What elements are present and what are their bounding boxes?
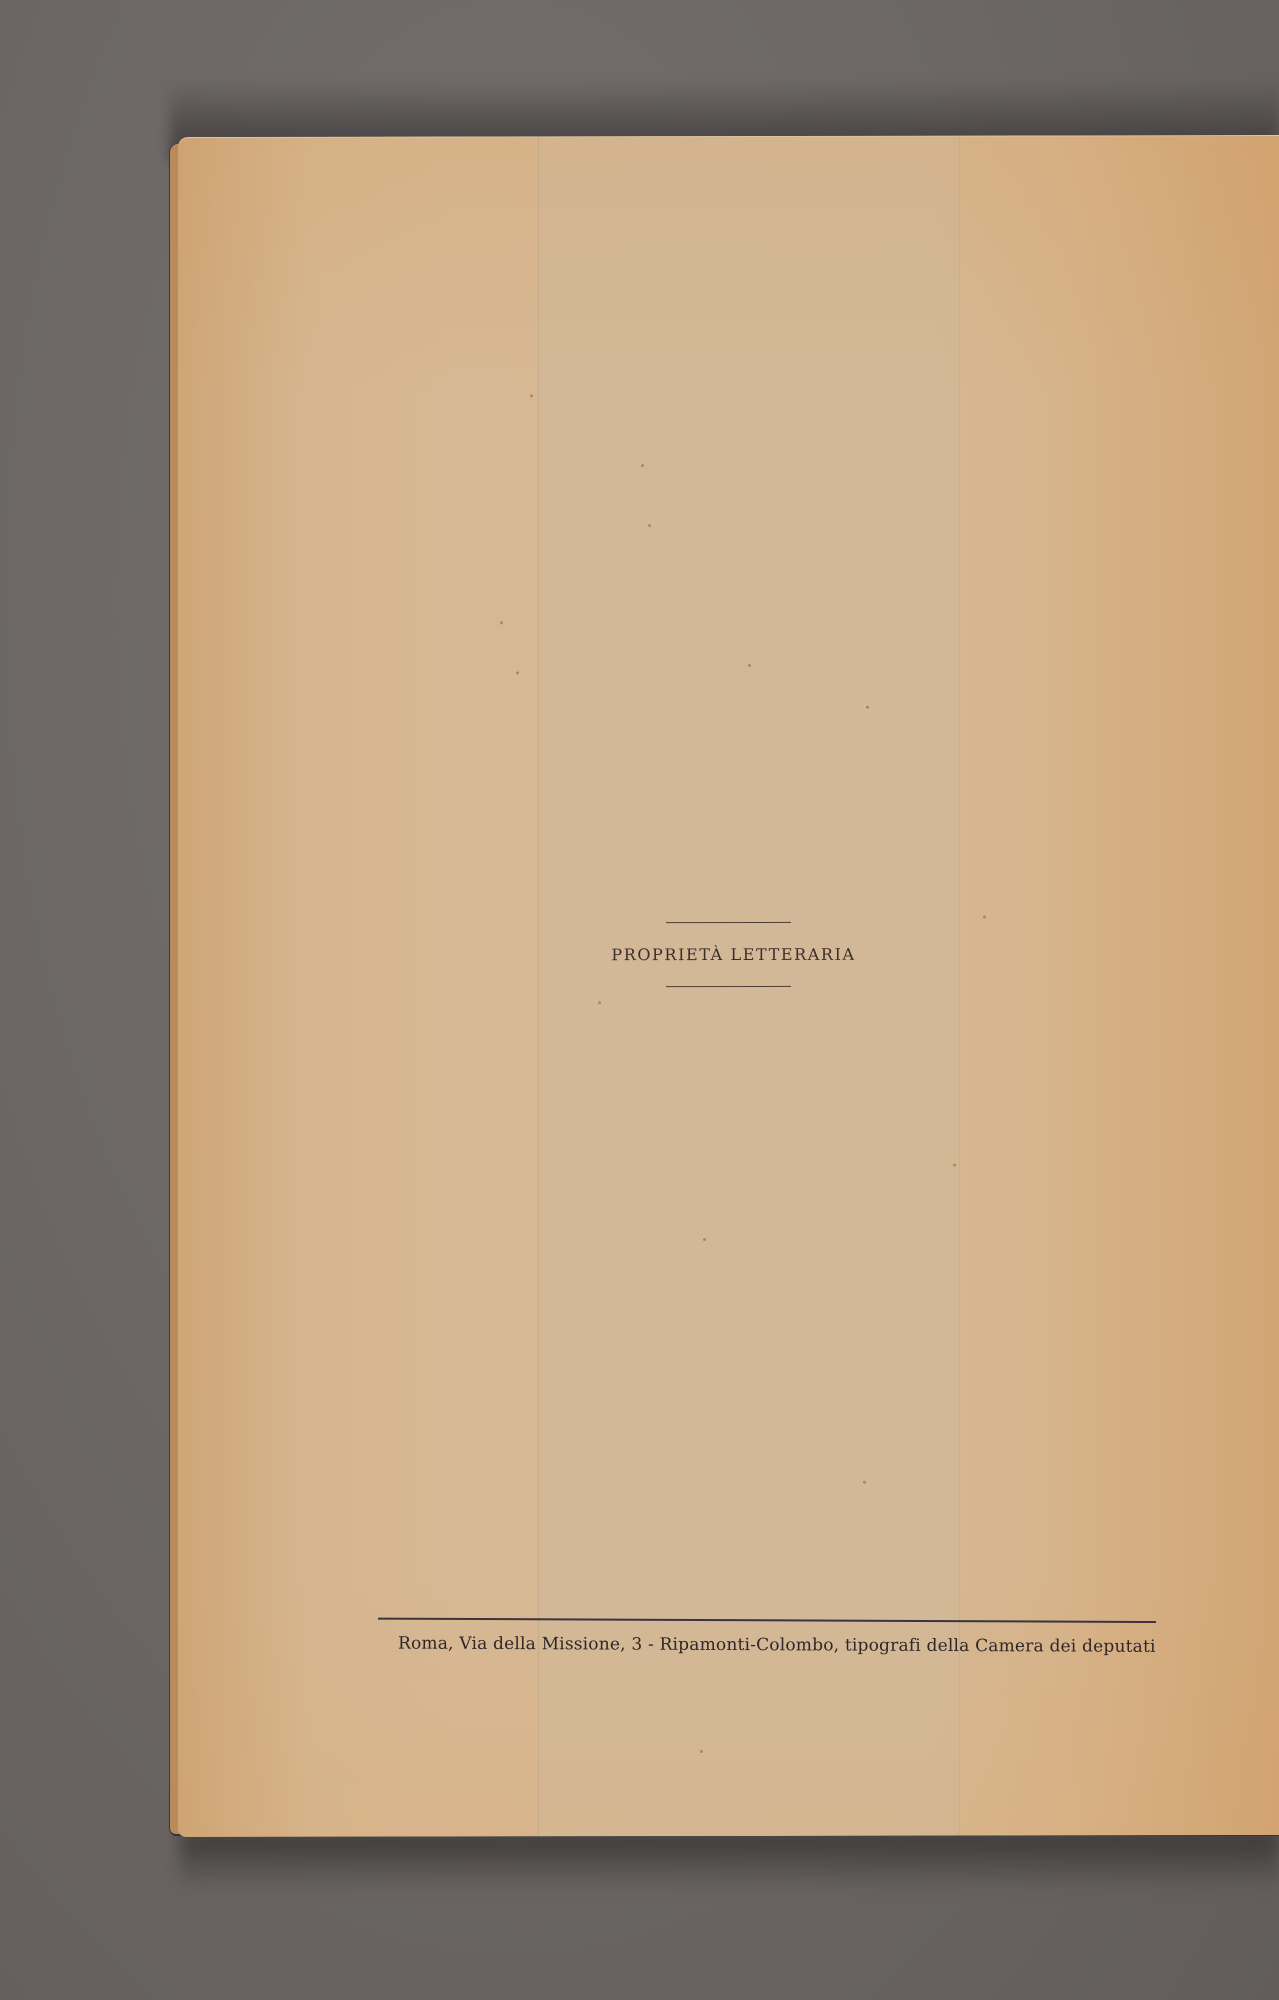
book-page: PROPRIETÀ LETTERARIA Roma, Via della Mis… [178, 135, 1279, 1837]
paper-speck [500, 621, 503, 624]
paper-speck [700, 1750, 703, 1753]
paper-speck [748, 664, 751, 667]
paper-speck [530, 394, 533, 397]
paper-speck [983, 916, 986, 919]
paper-speck [703, 1238, 706, 1241]
paper-speck [598, 1001, 601, 1004]
paper-speck [953, 1164, 956, 1167]
copyright-block: PROPRIETÀ LETTERARIA [178, 921, 1279, 988]
printer-imprint: Roma, Via della Missione, 3 - Ripamonti-… [398, 1634, 1198, 1657]
backdrop-shadow [180, 1830, 1279, 1890]
paper-speck [648, 524, 651, 527]
top-rule [666, 922, 791, 923]
paper-speck [863, 1481, 866, 1484]
paper-speck [641, 464, 644, 467]
copyright-notice: PROPRIETÀ LETTERARIA [178, 944, 1279, 965]
paper-speck [516, 671, 519, 674]
bottom-rule [666, 986, 791, 987]
paper-speck [866, 706, 869, 709]
